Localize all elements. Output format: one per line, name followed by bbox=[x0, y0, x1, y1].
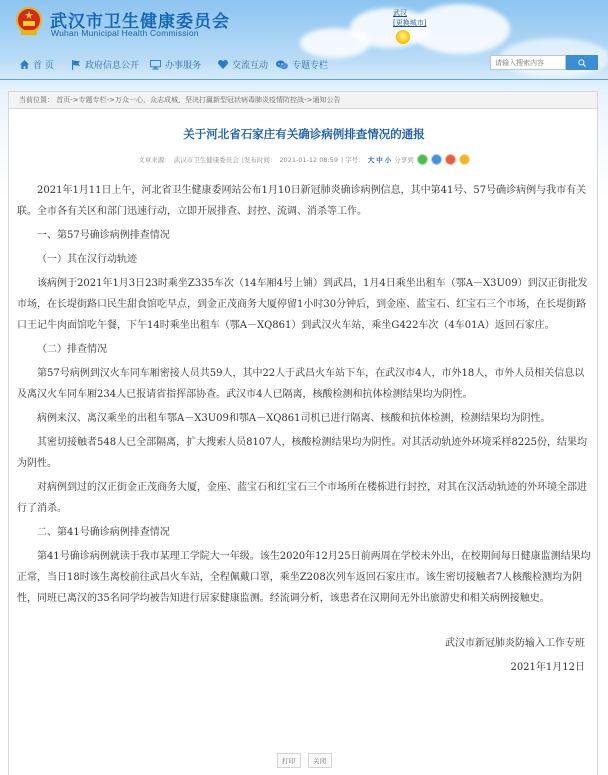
weibo-share-icon[interactable] bbox=[445, 154, 456, 165]
paragraph: 第41号确诊病例就读于我市某理工学院大一年级。该生2020年12月25日前两周在… bbox=[17, 546, 591, 609]
close-button[interactable]: 关闭 bbox=[308, 753, 332, 768]
nav-label: 专题专栏 bbox=[292, 58, 328, 71]
sunny-weather-icon bbox=[396, 30, 410, 44]
search-button[interactable] bbox=[566, 55, 598, 70]
nav-label: 交流互动 bbox=[232, 58, 268, 71]
breadcrumb-separator: -> bbox=[70, 96, 78, 104]
nav-label: 办事服务 bbox=[165, 58, 201, 71]
paragraph: 其密切接触者548人已全部隔离，扩大搜索人员8107人，核酸检测结果均为阴性。对… bbox=[17, 432, 591, 474]
paragraph: 对病例到过的汉正街金正茂商务大厦，金座、蓝宝石和红宝石三个市场所在楼栋进行封控，… bbox=[17, 477, 591, 519]
source-value: 武汉市卫生健康委员会 bbox=[174, 155, 239, 164]
content-panel: 当前位置： 首页->专题专栏->万众一心，众志成城，坚决打赢新型冠状病毒肺炎疫情… bbox=[8, 91, 598, 775]
nav-label: 首 页 bbox=[33, 58, 54, 71]
publish-date: 2021-01-12 08:59 bbox=[279, 156, 338, 164]
chat-bubbles-icon bbox=[276, 60, 288, 70]
source-label: 文章来源： bbox=[138, 155, 171, 164]
paragraph: 2021年1月11日上午，河北省卫生健康委网站公布1月10日新冠肺炎确诊病例信息… bbox=[17, 180, 591, 222]
print-button[interactable]: 打印 bbox=[277, 753, 301, 768]
nav-label: 政府信息公开 bbox=[85, 58, 139, 71]
article-meta: 文章来源： 武汉市卫生健康委员会 |发布时间： 2021-01-12 08:59… bbox=[9, 154, 599, 165]
breadcrumb-notices[interactable]: 通知公告 bbox=[312, 96, 340, 104]
breadcrumb-covid-topic[interactable]: 万众一心，众志成城，坚决打赢新型冠状病毒肺炎疫情防控战 bbox=[115, 96, 304, 104]
qzone-share-icon[interactable] bbox=[459, 154, 470, 165]
share-label: 分享到 bbox=[394, 155, 414, 164]
paragraph: 病例来汉、离汉乘坐的出租车鄂A－X3U09和鄂A－XQ861司机已进行隔离、核酸… bbox=[17, 408, 591, 429]
article-actions: 打印 关闭 bbox=[9, 753, 599, 768]
flag-icon bbox=[72, 60, 81, 70]
article-body: 2021年1月11日上午，河北省卫生健康委网站公布1月10日新冠肺炎确诊病例信息… bbox=[17, 180, 591, 678]
change-city-link[interactable]: [更换城市] bbox=[393, 18, 426, 28]
home-icon bbox=[20, 60, 29, 69]
signature: 武汉市新冠肺炎防输入工作专班 bbox=[17, 633, 591, 654]
paragraph: 第57号病例到汉火车同车厢密接人员共59人，其中22人于武昌火车站下车，在武汉市… bbox=[17, 363, 591, 405]
paragraph: 该病例于2021年1月3日23时乘坐Z335车次（14车厢4号上铺）到武昌，1月… bbox=[17, 273, 591, 336]
weather-city-link[interactable]: 武汉 bbox=[393, 8, 426, 18]
fontsize-large-button[interactable]: 大 bbox=[368, 155, 375, 164]
site-subtitle: Wuhan Municipal Health Commission bbox=[51, 28, 199, 38]
national-emblem-icon bbox=[14, 6, 44, 38]
search-icon bbox=[578, 59, 586, 67]
wechat-share-icon[interactable] bbox=[417, 154, 428, 165]
section-heading: 一、第57号确诊病例排查情况 bbox=[17, 225, 591, 246]
breadcrumb-home[interactable]: 首页 bbox=[56, 96, 70, 104]
breadcrumb-separator: -> bbox=[107, 96, 115, 104]
nav-item-special-topics[interactable]: 专题专栏 bbox=[276, 58, 328, 71]
section-heading: 二、第41号确诊病例排查情况 bbox=[17, 522, 591, 543]
nav-item-gov-info[interactable]: 政府信息公开 bbox=[72, 58, 139, 71]
fontsize-small-button[interactable]: 小 bbox=[385, 155, 392, 164]
article-title: 关于河北省石家庄有关确诊病例排查情况的通报 bbox=[9, 126, 599, 142]
sign-date: 2021年1月12日 bbox=[17, 657, 591, 678]
subsection-heading: （一）其在汉行动轨迹 bbox=[17, 249, 591, 270]
fontsize-label: | 字号： bbox=[341, 155, 365, 164]
weather-widget: 武汉 [更换城市] bbox=[393, 8, 426, 28]
site-header: 武汉市卫生健康委员会 Wuhan Municipal Health Commis… bbox=[0, 0, 608, 50]
search-input[interactable] bbox=[490, 55, 566, 70]
date-label: |发布时间： bbox=[242, 155, 277, 164]
nav-item-home[interactable]: 首 页 bbox=[20, 58, 54, 71]
breadcrumb: 当前位置： 首页->专题专栏->万众一心，众志成城，坚决打赢新型冠状病毒肺炎疫情… bbox=[9, 92, 597, 109]
heart-icon bbox=[218, 60, 228, 69]
qq-share-icon[interactable] bbox=[431, 154, 442, 165]
fontsize-medium-button[interactable]: 中 bbox=[376, 155, 383, 164]
subsection-heading: （二）排查情况 bbox=[17, 339, 591, 360]
monitor-icon bbox=[150, 60, 161, 70]
breadcrumb-special-topics[interactable]: 专题专栏 bbox=[79, 96, 107, 104]
nav-item-interaction[interactable]: 交流互动 bbox=[218, 58, 268, 71]
breadcrumb-label: 当前位置： bbox=[19, 96, 54, 104]
nav-item-services[interactable]: 办事服务 bbox=[150, 58, 201, 71]
